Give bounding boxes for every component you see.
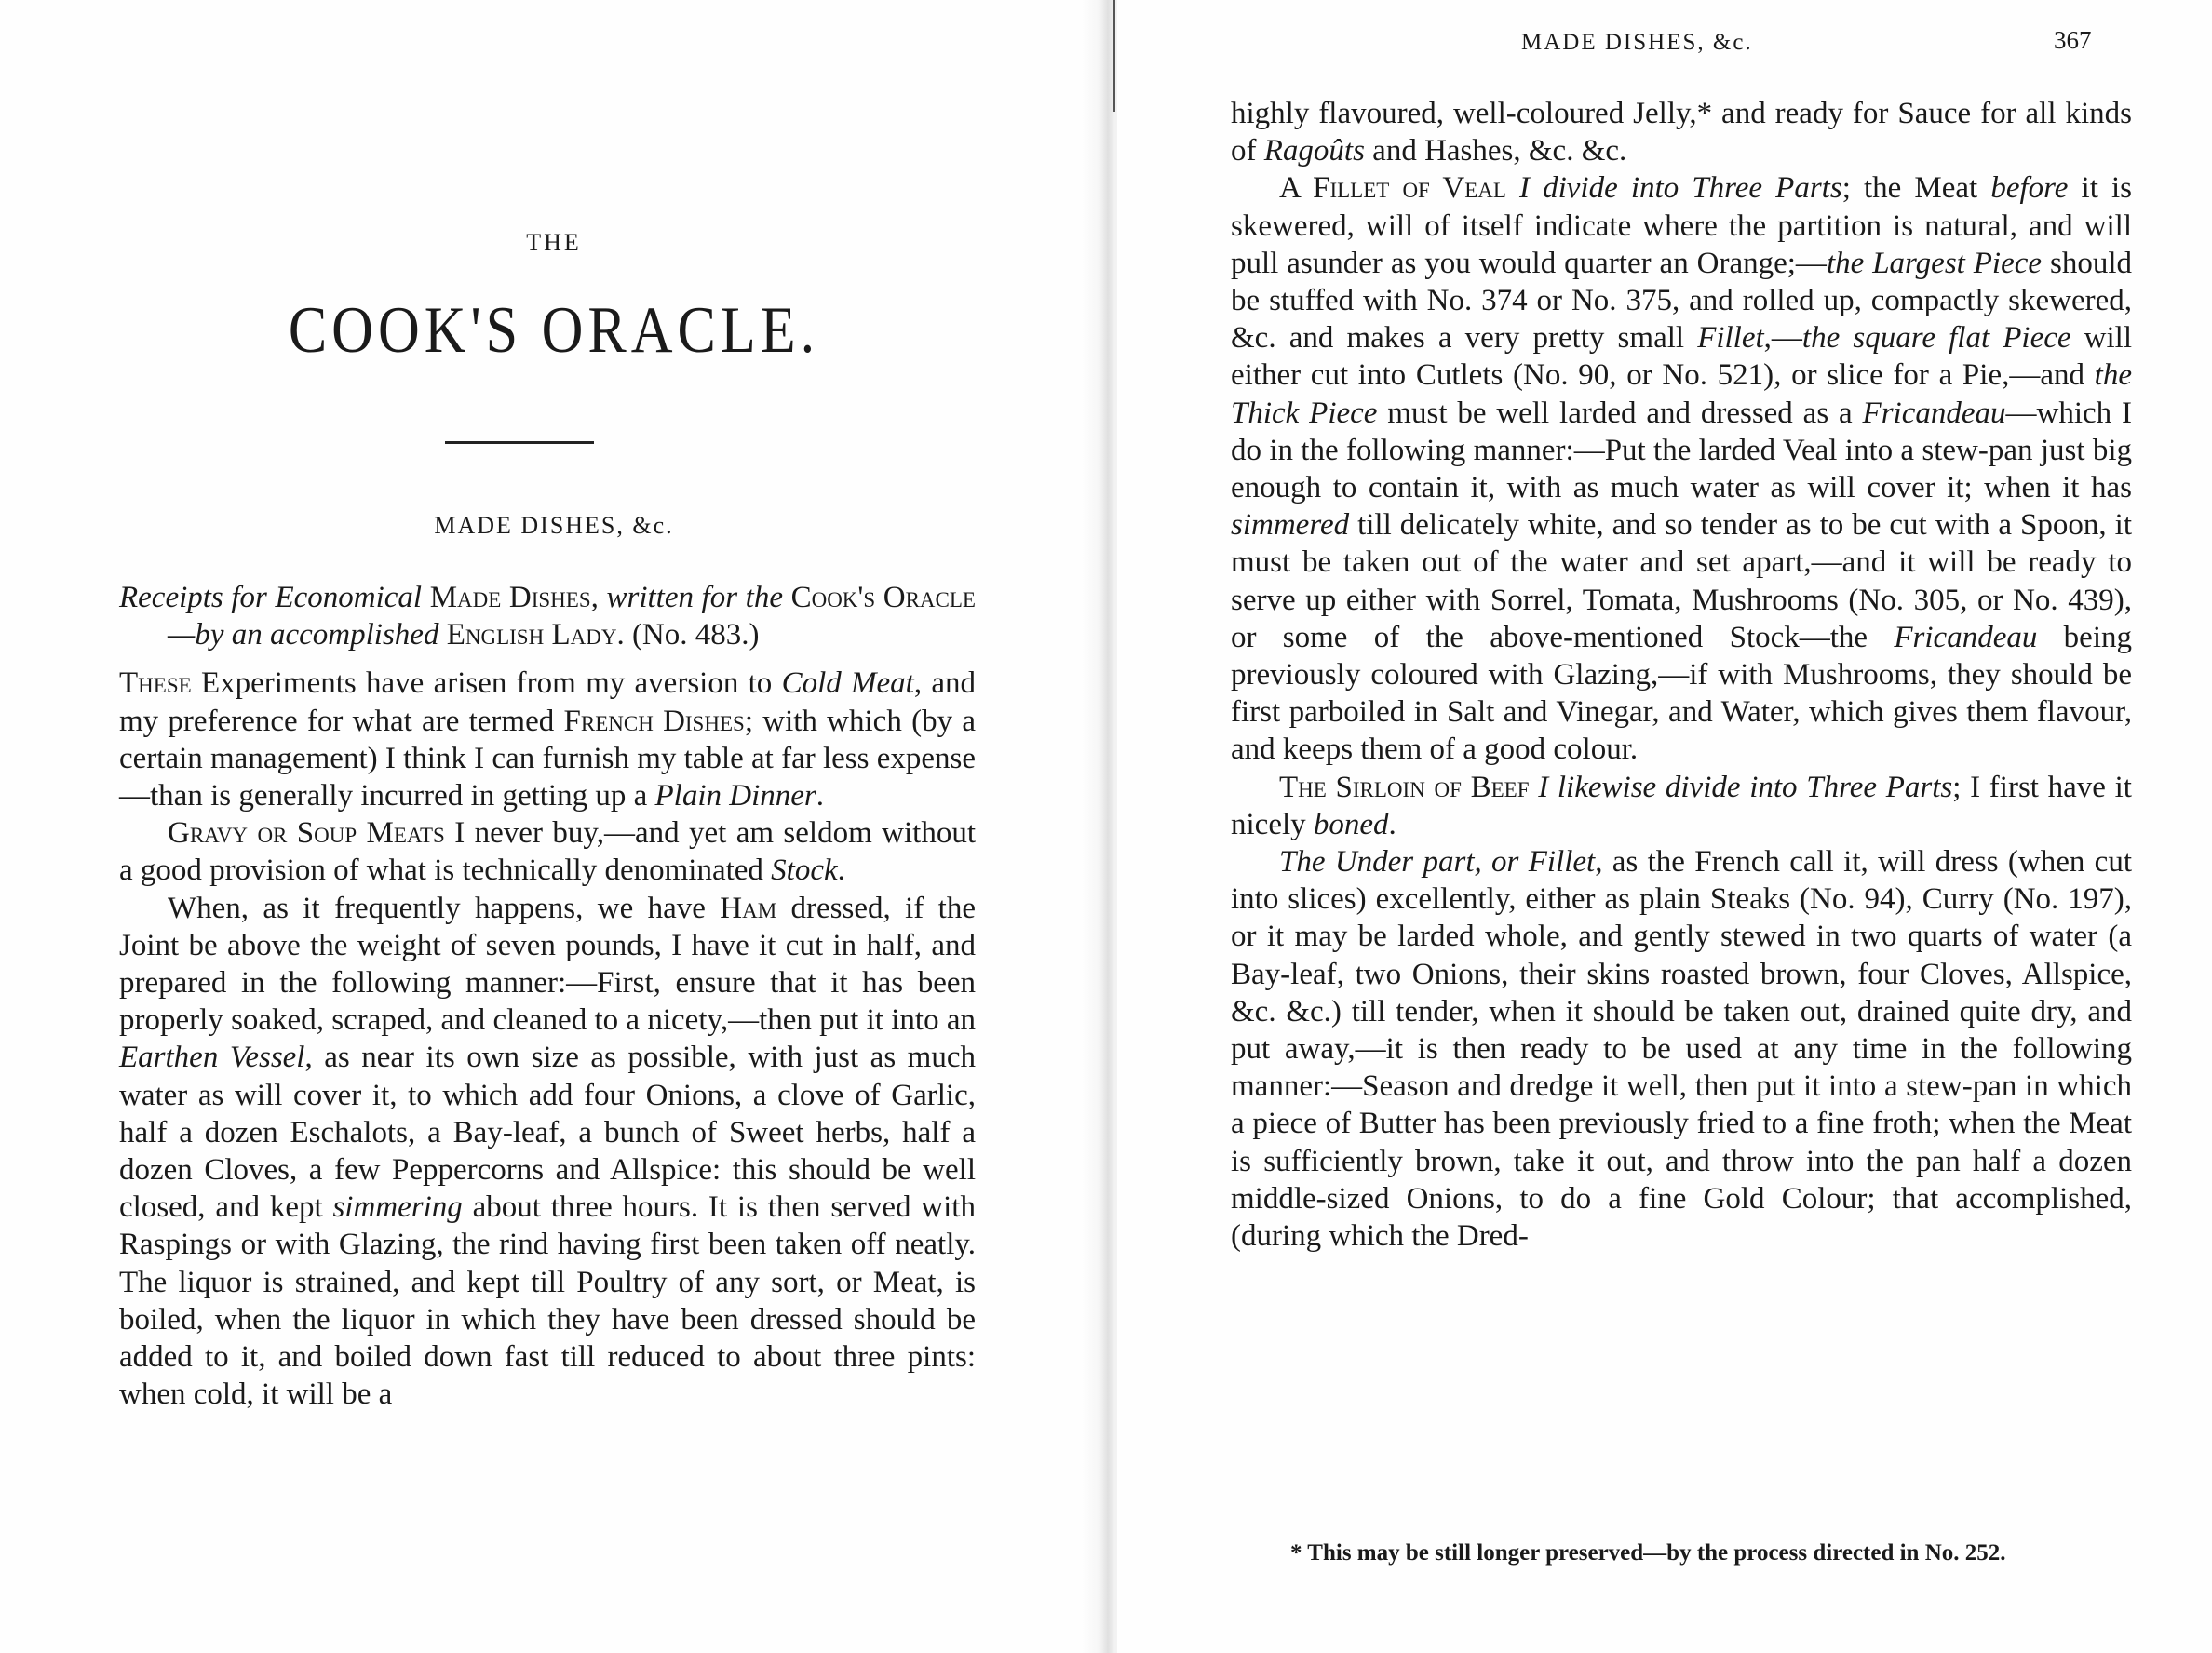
para-text: . xyxy=(816,779,824,813)
para-text: I likewise divide into Three Parts xyxy=(1530,771,1953,804)
para-text: boned xyxy=(1314,808,1389,841)
paragraph: These Experiments have arisen from my av… xyxy=(119,665,976,814)
para-text: before xyxy=(1990,171,2068,205)
section-heading: MADE DISHES, &c. xyxy=(0,512,1108,540)
left-body-text: Receipts for Economical Made Dishes, wri… xyxy=(119,579,976,1413)
title-rule xyxy=(445,441,594,444)
para-text: Fillet xyxy=(1697,321,1763,355)
para-text: Ham xyxy=(720,892,776,925)
para-text: simmered xyxy=(1231,508,1349,542)
para-text: ; the Meat xyxy=(1842,171,1991,205)
para-text: Plain Dinner xyxy=(655,779,816,813)
para-text: , as the French call it, will dress (whe… xyxy=(1231,845,2132,1253)
para-text: These xyxy=(119,666,192,700)
para-text: ,— xyxy=(1764,321,1802,355)
para-text: and Hashes, &c. &c. xyxy=(1365,134,1626,168)
intro-text: English Lady xyxy=(447,618,617,652)
footnote-text: * This may be still longer preserved—by … xyxy=(1253,1538,2138,1569)
gutter-line xyxy=(1113,0,1115,112)
para-text: simmering xyxy=(332,1190,462,1224)
para-text: Fricandeau xyxy=(1863,396,2006,430)
para-text: French Dishes xyxy=(564,705,745,738)
paragraph: Gravy or Soup Meats I never buy,—and yet… xyxy=(119,814,976,889)
intro-paragraph: Receipts for Economical Made Dishes, wri… xyxy=(119,579,976,653)
para-text: Ragoûts xyxy=(1264,134,1365,168)
paragraph: highly flavoured, well-coloured Jelly,* … xyxy=(1231,95,2132,169)
para-text: The Under part, or Fillet xyxy=(1279,845,1595,879)
page-number: 367 xyxy=(2054,26,2092,55)
para-text: Earthen Vessel xyxy=(119,1041,304,1074)
paragraph: When, as it frequently happens, we have … xyxy=(119,890,976,1414)
intro-text: Cook's Oracle xyxy=(791,581,976,614)
title-the: THE xyxy=(0,229,1108,257)
running-head: MADE DISHES, &c. xyxy=(1521,30,1753,56)
footnote: * This may be still longer preserved—by … xyxy=(1253,1538,2138,1569)
intro-text: Receipts for Economical xyxy=(119,581,422,614)
right-page: MADE DISHES, &c. 367 highly flavoured, w… xyxy=(1117,0,2212,1653)
para-text: . xyxy=(1389,808,1396,841)
para-text: A Fillet of Veal xyxy=(1279,171,1506,205)
book-title: COOK'S ORACLE. xyxy=(0,293,1108,370)
para-text: must be well larded and dressed as a xyxy=(1377,396,1862,430)
para-text: I divide into Three Parts xyxy=(1506,171,1842,205)
paragraph: A Fillet of Veal I divide into Three Par… xyxy=(1231,169,2132,768)
para-text: the Largest Piece xyxy=(1827,247,2042,280)
intro-text: Made Dishes xyxy=(430,581,591,614)
paragraph: The Sirloin of Beef I likewise divide in… xyxy=(1231,769,2132,843)
paragraph: The Under part, or Fillet, as the French… xyxy=(1231,843,2132,1255)
intro-text: , written for the xyxy=(591,581,783,614)
para-text: When, as it frequently happens, we have xyxy=(168,892,720,925)
recipe-number: (No. 483.) xyxy=(632,618,760,652)
left-page: THE COOK'S ORACLE. MADE DISHES, &c. Rece… xyxy=(0,0,1108,1653)
intro-text: . xyxy=(616,618,624,652)
para-text: Stock xyxy=(771,853,837,887)
para-text: Fricandeau xyxy=(1894,621,2037,654)
para-text: Cold Meat xyxy=(782,666,914,700)
right-body-text: highly flavoured, well-coloured Jelly,* … xyxy=(1231,95,2132,1255)
para-text: the square flat Piece xyxy=(1802,321,2071,355)
para-text: . xyxy=(838,853,845,887)
intro-text: —by an accomplished xyxy=(168,618,438,652)
para-text: The Sirloin of Beef xyxy=(1279,771,1530,804)
para-text: Experiments have arisen from my aversion… xyxy=(192,666,782,700)
para-text: Gravy or Soup Meats xyxy=(168,816,445,850)
